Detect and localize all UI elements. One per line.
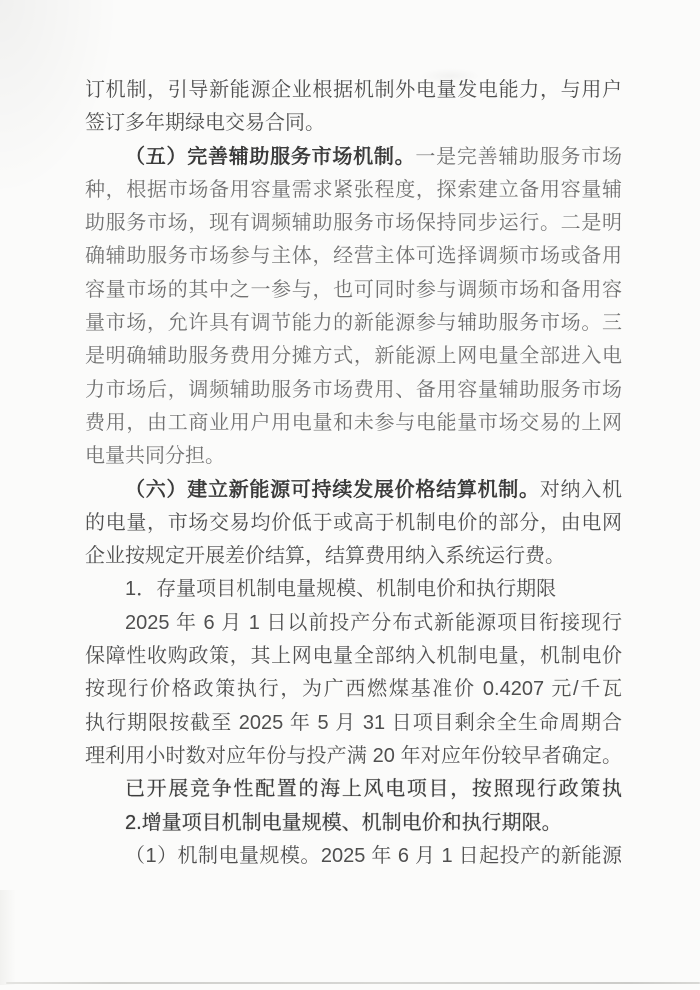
document-content: 订机制，引导新能源企业根据机制外电量发电能力，与用户签订多年期绿电交易合同。（五… — [85, 74, 622, 873]
text-line: 费用，由工商业用户用电量和未参与电能量市场交易的上网 — [85, 407, 622, 440]
text-line: 助服务市场，现有调频辅助服务市场保持同步运行。二是明 — [85, 207, 622, 240]
text-segment: （六）建立新能源可持续发展价格结算机制。 — [125, 479, 540, 501]
text-line: 1．存量项目机制电量规模、机制电价和执行期限 — [85, 573, 622, 606]
text-line: （五）完善辅助服务市场机制。一是完善辅助服务市场品 — [85, 141, 622, 174]
text-segment: 执行期限按截至 2025 年 5 月 31 日项目剩余全生命周期合 — [85, 712, 622, 734]
text-line: 量市场，允许具有调节能力的新能源参与辅助服务市场。三 — [85, 307, 622, 340]
text-line: 执行期限按截至 2025 年 5 月 31 日项目剩余全生命周期合 — [85, 707, 622, 740]
text-line: 电量共同分担。 — [85, 440, 622, 473]
text-segment: 2.增量项目机制电量规模、机制电价和执行期限。 — [125, 812, 562, 834]
scan-shadow-bottomleft — [0, 890, 16, 985]
text-segment: 保障性收购政策，其上网电量全部纳入机制电量，机制电价 — [85, 645, 622, 667]
text-line: 力市场后，调频辅助服务市场费用、备用容量辅助服务市场 — [85, 374, 622, 407]
text-segment: （五）完善辅助服务市场机制。 — [125, 146, 415, 168]
text-segment: 企业按规定开展差价结算，结算费用纳入系统运行费。 — [85, 545, 565, 567]
text-line: （1）机制电量规模。2025 年 6 月 1 日起投产的新能源 — [85, 840, 622, 873]
text-line: 2.增量项目机制电量规模、机制电价和执行期限。 — [85, 807, 622, 840]
text-segment: 的电量，市场交易均价低于或高于机制电价的部分，由电网 — [85, 512, 622, 534]
text-line: 保障性收购政策，其上网电量全部纳入机制电量，机制电价 — [85, 640, 622, 673]
text-line: 是明确辅助服务费用分摊方式，新能源上网电量全部进入电 — [85, 340, 622, 373]
text-line: 种，根据市场备用容量需求紧张程度，探索建立备用容量辅 — [85, 174, 622, 207]
text-line: 2025 年 6 月 1 日以前投产分布式新能源项目衔接现行 — [85, 607, 622, 640]
text-segment: 力市场后，调频辅助服务市场费用、备用容量辅助服务市场 — [85, 379, 622, 401]
text-segment: （1）机制电量规模。2025 年 6 月 1 日起投产的新能源 — [125, 845, 622, 867]
text-segment: 电量共同分担。 — [85, 445, 225, 467]
text-line: 容量市场的其中之一参与，也可同时参与调频市场和备用容 — [85, 274, 622, 307]
text-segment: 确辅助服务市场参与主体，经营主体可选择调频市场或备用 — [85, 245, 622, 267]
text-segment: 按现行价格政策执行，为广西燃煤基准价 0.4207 元/千瓦时。 — [85, 678, 622, 706]
text-segment: 已开展竞争性配置的海上风电项目，按照现行政策执行。 — [125, 778, 622, 806]
text-segment: 1．存量项目机制电量规模、机制电价和执行期限 — [125, 578, 556, 600]
text-line: 企业按规定开展差价结算，结算费用纳入系统运行费。 — [85, 540, 622, 573]
text-line: 确辅助服务市场参与主体，经营主体可选择调频市场或备用 — [85, 240, 622, 273]
text-line: 理利用小时数对应年份与投产满 20 年对应年份较早者确定。 — [85, 740, 622, 773]
text-segment: 理利用小时数对应年份与投产满 20 年对应年份较早者确定。 — [85, 745, 622, 767]
text-line: 按现行价格政策执行，为广西燃煤基准价 0.4207 元/千瓦时。 — [85, 673, 622, 706]
text-segment: 2025 年 6 月 1 日以前投产分布式新能源项目衔接现行 — [125, 612, 622, 634]
text-segment: 种，根据市场备用容量需求紧张程度，探索建立备用容量辅 — [85, 179, 622, 201]
text-segment: 是明确辅助服务费用分摊方式，新能源上网电量全部进入电 — [85, 345, 622, 367]
text-segment: 量市场，允许具有调节能力的新能源参与辅助服务市场。三 — [85, 312, 622, 334]
scan-page-bottom-edge — [6, 982, 700, 984]
text-line: （六）建立新能源可持续发展价格结算机制。对纳入机制 — [85, 474, 622, 507]
text-line: 的电量，市场交易均价低于或高于机制电价的部分，由电网 — [85, 507, 622, 540]
text-line: 订机制，引导新能源企业根据机制外电量发电能力，与用户 — [85, 74, 622, 107]
text-segment: 订机制，引导新能源企业根据机制外电量发电能力，与用户 — [85, 79, 622, 101]
text-line: 已开展竞争性配置的海上风电项目，按照现行政策执行。 — [85, 773, 622, 806]
text-segment: 费用，由工商业用户用电量和未参与电能量市场交易的上网 — [85, 412, 622, 434]
document-page: 订机制，引导新能源企业根据机制外电量发电能力，与用户签订多年期绿电交易合同。（五… — [0, 0, 700, 990]
text-line: 签订多年期绿电交易合同。 — [85, 107, 622, 140]
text-segment: 助服务市场，现有调频辅助服务市场保持同步运行。二是明 — [85, 212, 622, 234]
text-segment: 容量市场的其中之一参与，也可同时参与调频市场和备用容 — [85, 279, 622, 301]
text-segment: 签订多年期绿电交易合同。 — [85, 112, 325, 134]
